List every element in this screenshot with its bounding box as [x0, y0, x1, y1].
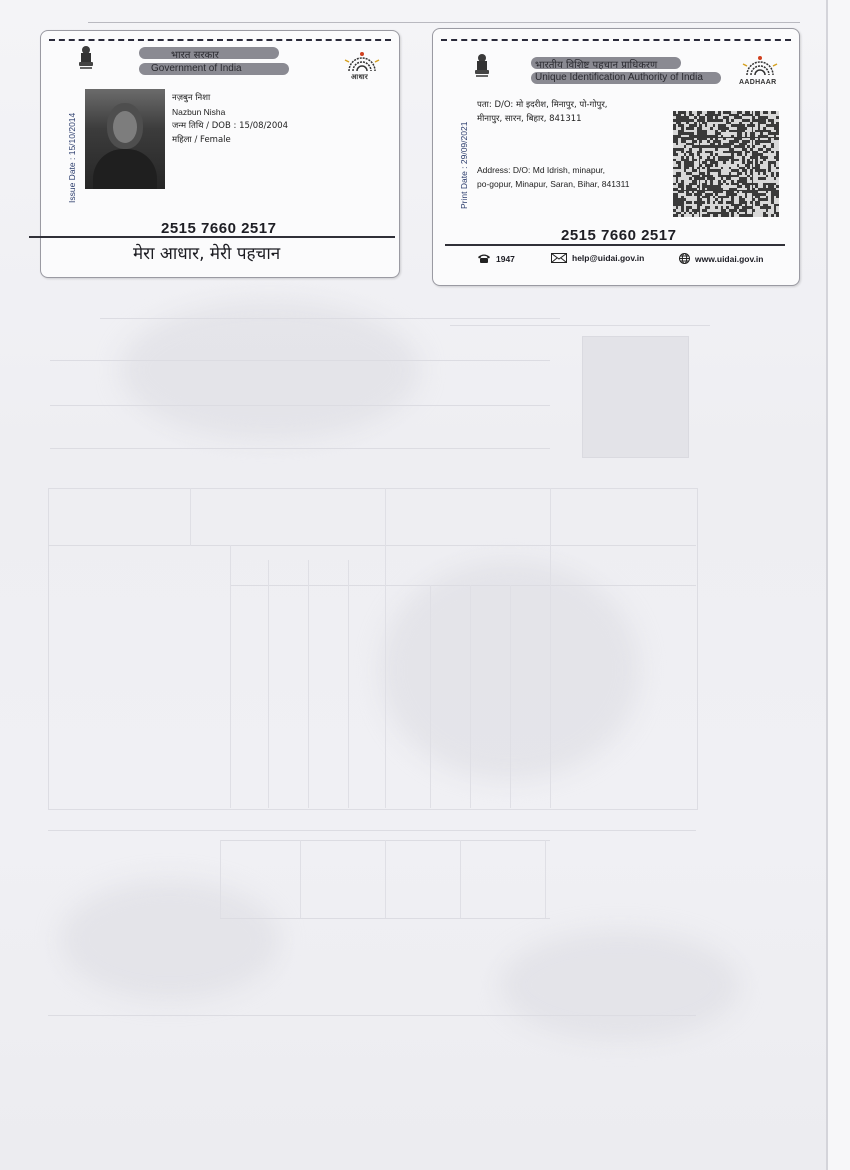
email-contact[interactable]: help@uidai.gov.in — [551, 253, 644, 263]
aadhaar-front-card: भारत सरकार Government of India आधार Issu… — [40, 30, 400, 278]
header-english: Government of India — [151, 63, 242, 74]
telephone-icon — [477, 253, 491, 264]
national-emblem-icon — [473, 53, 491, 79]
national-emblem-icon — [77, 45, 95, 71]
scan-margin — [828, 0, 850, 1170]
helpline: 1947 — [477, 253, 515, 264]
gender-line: महिला / Female — [172, 134, 231, 145]
qr-code-icon — [673, 111, 779, 217]
address-hindi-line1: पता: D/O: मो इदरीश, मिनापुर, पो-गोपुर, — [477, 99, 608, 110]
holder-photo — [85, 89, 165, 189]
ghost-photo-box — [582, 336, 689, 458]
name-hindi: नज़बुन निशा — [172, 92, 210, 103]
envelope-icon — [551, 253, 567, 263]
helpline-number: 1947 — [496, 254, 515, 264]
aadhaar-number: 2515 7660 2517 — [161, 220, 276, 237]
dob-line: जन्म तिथि / DOB : 15/08/2004 — [172, 120, 288, 131]
cut-dash-line — [49, 39, 391, 41]
print-date: Print Date : 29/09/2021 — [459, 122, 469, 209]
address-hindi-line2: मीनापुर, सारन, बिहार, 841311 — [477, 113, 582, 124]
logo-caption: आधार — [351, 73, 368, 82]
cut-dash-line — [441, 39, 791, 41]
email-address[interactable]: help@uidai.gov.in — [572, 253, 644, 263]
issue-date: Issue Date : 15/10/2014 — [67, 113, 77, 203]
website-url[interactable]: www.uidai.gov.in — [695, 254, 763, 264]
website-contact[interactable]: www.uidai.gov.in — [679, 253, 763, 264]
cut-line — [88, 22, 800, 23]
logo-caption: AADHAAR — [739, 79, 777, 86]
address-english-line1: Address: D/O: Md Idrish, minapur, — [477, 165, 605, 175]
header-hindi: भारतीय विशिष्ट पहचान प्राधिकरण — [535, 57, 657, 71]
header-english: Unique Identification Authority of India — [535, 72, 703, 83]
name-english: Nazbun Nisha — [172, 107, 225, 117]
address-english-line2: po-gopur, Minapur, Saran, Bihar, 841311 — [477, 179, 629, 189]
globe-icon — [679, 253, 690, 264]
aadhaar-back-card: भारतीय विशिष्ट पहचान प्राधिकरण Unique Id… — [432, 28, 800, 286]
slogan: मेरा आधार, मेरी पहचान — [133, 241, 280, 264]
aadhaar-number: 2515 7660 2517 — [561, 227, 676, 244]
ghost-marks-table — [48, 488, 698, 810]
header-hindi: भारत सरकार — [171, 47, 219, 61]
